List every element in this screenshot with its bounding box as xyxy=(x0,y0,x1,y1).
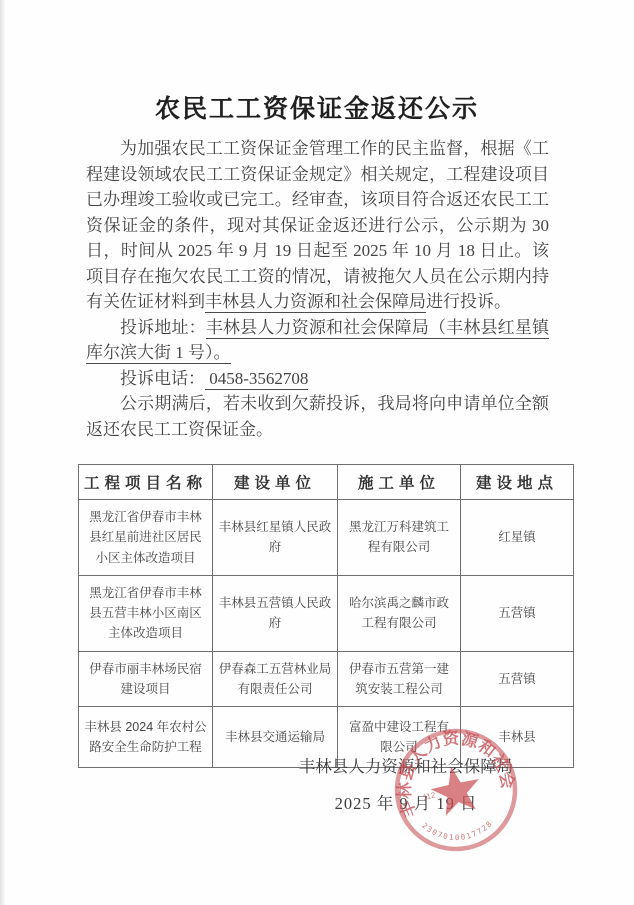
paragraph-complaint-address: 投诉地址：丰林县人力资源和社会保障局（丰林县红星镇库尔滨大街 1 号）。 xyxy=(86,315,549,366)
table-cell: 伊春市丽丰林场民宿建设项目 xyxy=(79,651,213,707)
table-cell: 红星镇 xyxy=(461,500,574,576)
table-cell: 五营镇 xyxy=(461,651,574,707)
signature-org: 丰林县人力资源和社会保障局 xyxy=(290,753,522,777)
underlined-text: 0458-3562708 xyxy=(205,369,308,390)
table-body: 黑龙江省伊春市丰林县红星前进社区居民小区主体改造项目丰林县红星镇人民政府黑龙江万… xyxy=(79,500,574,768)
table-header-cell: 建设单位 xyxy=(213,465,338,500)
paragraph-closing: 公示期满后，若未收到欠薪投诉，我局将向申请单位全额返还农民工工资保证金。 xyxy=(86,391,549,442)
table-cell: 丰林县红星镇人民政府 xyxy=(213,500,338,576)
table-cell: 伊春森工五营林业局有限责任公司 xyxy=(213,651,338,707)
text-segment: 为加强农民工工资保证金管理工作的民主监督，根据《工程建设领域农民工工资保证金规定… xyxy=(86,139,549,311)
paragraph-intro: 为加强农民工工资保证金管理工作的民主监督，根据《工程建设领域农民工工资保证金规定… xyxy=(86,136,549,315)
table-row: 黑龙江省伊春市丰林县五营丰林小区南区主体改造项目丰林县五营镇人民政府哈尔滨禹之麟… xyxy=(79,575,574,651)
table-header-cell: 施工单位 xyxy=(338,465,461,500)
signature-block: 丰林县人力资源和社会保障局 2025 年 9 月 19 日 xyxy=(290,753,522,814)
text-segment: 公示期满后，若未收到欠薪投诉，我局将向申请单位全额返还农民工工资保证金。 xyxy=(86,394,549,439)
table-cell: 黑龙江万科建筑工程有限公司 xyxy=(338,500,461,576)
table-cell: 丰林县五营镇人民政府 xyxy=(213,575,338,651)
table-cell: 伊春市五营第一建筑安装工程公司 xyxy=(338,651,461,707)
notice-document-page: 农民工工资保证金返还公示 为加强农民工工资保证金管理工作的民主监督，根据《工程建… xyxy=(0,0,634,905)
table-cell: 丰林县 2024 年农村公路安全生命防护工程 xyxy=(79,707,213,768)
paragraph-complaint-phone: 投诉电话： 0458-3562708 xyxy=(86,366,549,392)
table-cell: 五营镇 xyxy=(461,575,574,651)
notice-body: 为加强农民工工资保证金管理工作的民主监督，根据《工程建设领域农民工工资保证金规定… xyxy=(86,136,549,442)
table-cell: 哈尔滨禹之麟市政工程有限公司 xyxy=(338,575,461,651)
projects-table: 工程项目名称建设单位施工单位建设地点 黑龙江省伊春市丰林县红星前进社区居民小区主… xyxy=(78,464,574,768)
table-header-row: 工程项目名称建设单位施工单位建设地点 xyxy=(79,465,574,500)
table-cell: 黑龙江省伊春市丰林县五营丰林小区南区主体改造项目 xyxy=(79,575,213,651)
table-cell: 黑龙江省伊春市丰林县红星前进社区居民小区主体改造项目 xyxy=(79,500,213,576)
signature-date: 2025 年 9 月 19 日 xyxy=(290,790,522,814)
table-row: 黑龙江省伊春市丰林县红星前进社区居民小区主体改造项目丰林县红星镇人民政府黑龙江万… xyxy=(79,500,574,576)
underlined-text: 丰林县人力资源和社会保障局 xyxy=(205,292,426,313)
page-title: 农民工工资保证金返还公示 xyxy=(0,89,634,125)
table-row: 伊春市丽丰林场民宿建设项目伊春森工五营林业局有限责任公司伊春市五营第一建筑安装工… xyxy=(79,651,574,707)
table-header-cell: 建设地点 xyxy=(461,465,574,500)
text-segment: 进行投诉。 xyxy=(426,292,511,311)
text-segment: 投诉地址： xyxy=(120,318,206,337)
text-segment: 投诉电话： xyxy=(120,369,205,388)
table-header-cell: 工程项目名称 xyxy=(79,465,213,500)
